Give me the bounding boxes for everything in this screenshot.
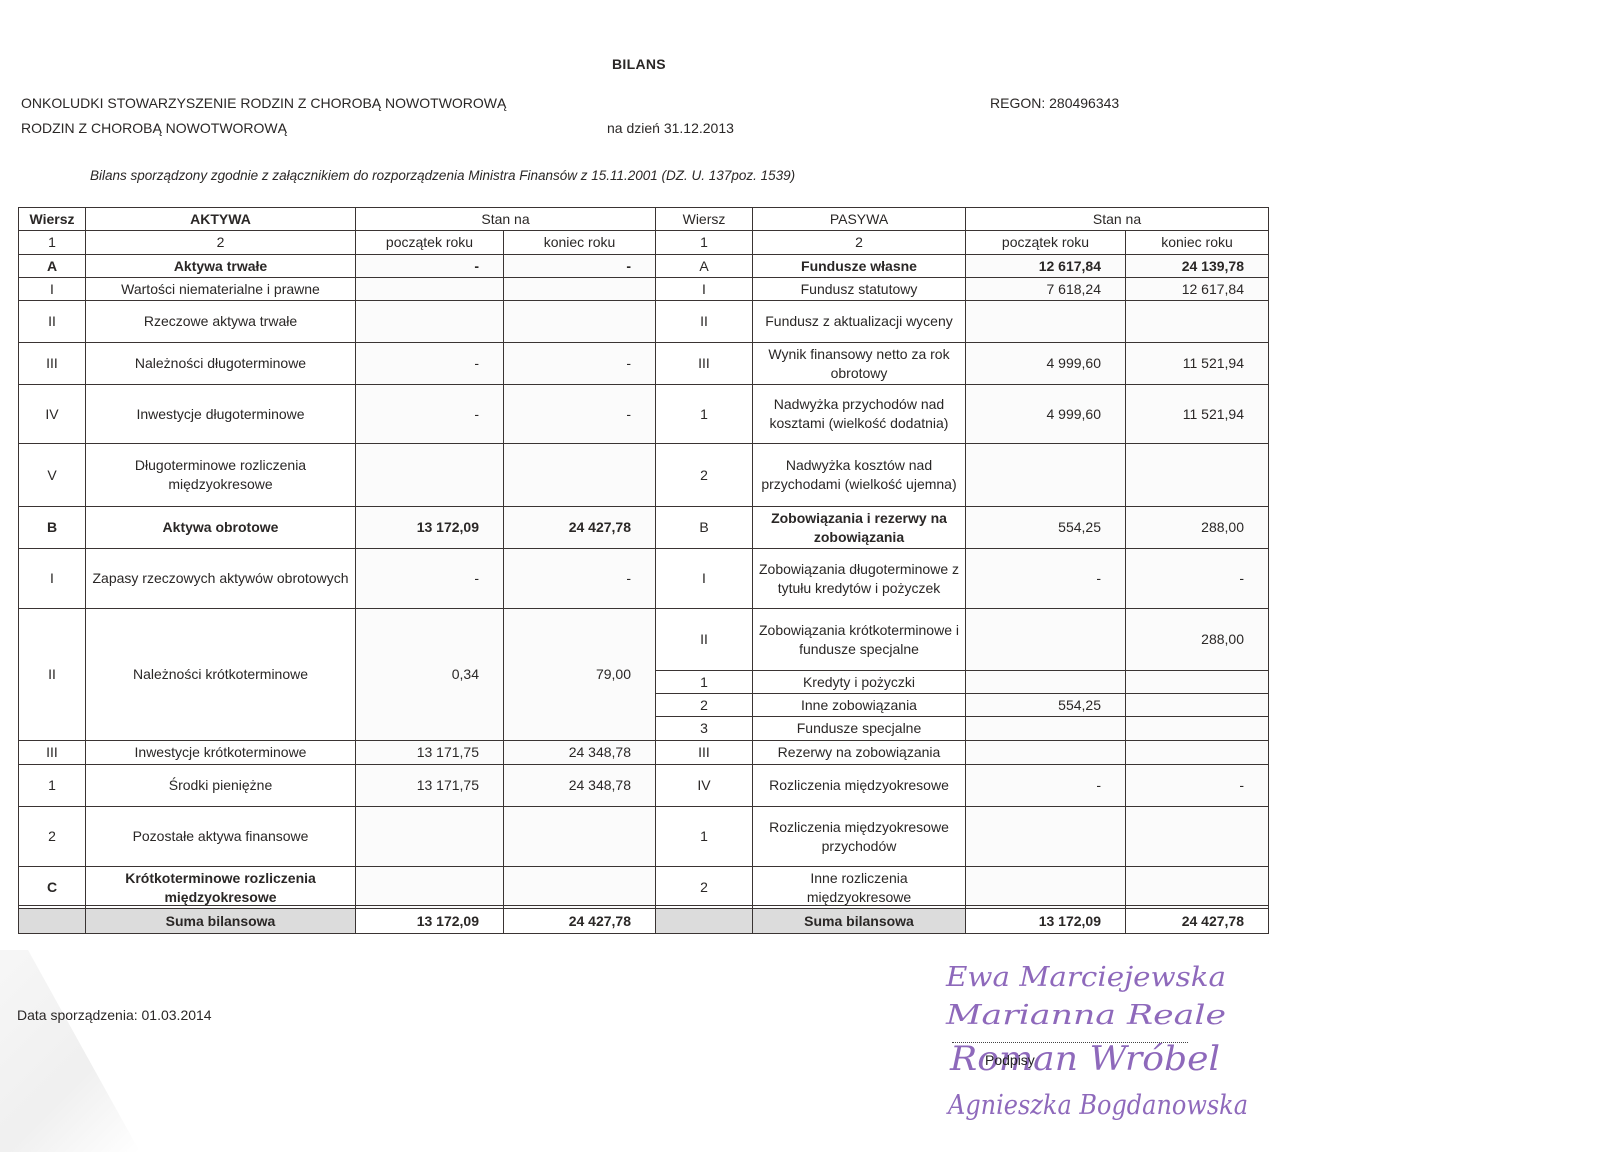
liability-end-value: 11 521,94 xyxy=(1125,384,1269,444)
header-row-number-right: Wiersz xyxy=(655,207,753,231)
liability-start-value: 554,25 xyxy=(965,506,1126,549)
organization-name-line1: ONKOLUDKI STOWARZYSZENIE RODZIN Z CHOROB… xyxy=(21,95,506,111)
asset-start-value xyxy=(355,300,504,343)
signature-line xyxy=(952,1042,1188,1043)
liability-row-code: II xyxy=(655,300,753,343)
asset-row-label: Inwestycje długoterminowe xyxy=(85,384,356,444)
header-col-1: 1 xyxy=(18,230,86,255)
liability-start-value xyxy=(965,866,1126,909)
asset-end-value xyxy=(503,300,656,343)
liability-row-code: 1 xyxy=(655,670,753,694)
asset-row-label: Krótkoterminowe rozliczenia międzyokreso… xyxy=(85,866,356,909)
asset-row-label: Rzeczowe aktywa trwałe xyxy=(85,300,356,343)
liability-row-label: Fundusze specjalne xyxy=(752,716,966,741)
preparation-date: Data sporządzenia: 01.03.2014 xyxy=(17,1007,212,1023)
header-end-of-year: koniec roku xyxy=(503,230,656,255)
liability-row-label: Inne zobowiązania xyxy=(752,693,966,717)
liability-row-label: Inne rozliczenia międzyokresowe xyxy=(752,866,966,909)
totals-assets-start: 13 172,09 xyxy=(355,908,504,934)
liability-start-value: - xyxy=(965,548,1126,609)
asset-start-value xyxy=(355,277,504,301)
signatures-label: Podpisy xyxy=(985,1052,1035,1068)
asset-row-code: IV xyxy=(18,384,86,444)
liability-row-label: Wynik finansowy netto za rok obrotowy xyxy=(752,342,966,385)
header-assets: AKTYWA xyxy=(85,207,356,231)
asset-start-value: - xyxy=(355,342,504,385)
liability-row-label: Rezerwy na zobowiązania xyxy=(752,740,966,765)
header-start-of-year: początek roku xyxy=(355,230,504,255)
liability-start-value xyxy=(965,670,1126,694)
liability-end-value xyxy=(1125,716,1269,741)
asset-end-value: - xyxy=(503,384,656,444)
asset-end-value xyxy=(503,277,656,301)
liability-start-value: 554,25 xyxy=(965,693,1126,717)
asset-row-label: Wartości niematerialne i prawne xyxy=(85,277,356,301)
asset-start-value xyxy=(355,443,504,507)
header-state-at: Stan na xyxy=(355,207,656,231)
asset-start-value: 13 171,75 xyxy=(355,740,504,765)
liability-row-label: Fundusz statutowy xyxy=(752,277,966,301)
asset-row-label: Pozostałe aktywa finansowe xyxy=(85,806,356,867)
liability-row-code: IV xyxy=(655,764,753,807)
asset-row-code: I xyxy=(18,548,86,609)
balance-date: na dzień 31.12.2013 xyxy=(607,120,734,136)
liability-start-value xyxy=(965,443,1126,507)
asset-row-label: Długoterminowe rozliczenia międzyokresow… xyxy=(85,443,356,507)
asset-row-code: I xyxy=(18,277,86,301)
liability-row-label: Kredyty i pożyczki xyxy=(752,670,966,694)
header-col-2-right: 2 xyxy=(752,230,966,255)
liability-row-label: Fundusze własne xyxy=(752,254,966,278)
asset-end-value: 24 427,78 xyxy=(503,506,656,549)
asset-end-value: - xyxy=(503,548,656,609)
header-start-of-year-right: początek roku xyxy=(965,230,1126,255)
liability-row-code: 1 xyxy=(655,806,753,867)
header-liabilities: PASYWA xyxy=(752,207,966,231)
liability-end-value xyxy=(1125,300,1269,343)
header-row-number: Wiersz xyxy=(18,207,86,231)
liability-start-value xyxy=(965,716,1126,741)
liability-row-code: I xyxy=(655,548,753,609)
asset-end-value: - xyxy=(503,342,656,385)
liability-end-value xyxy=(1125,806,1269,867)
liability-row-label: Nadwyżka kosztów nad przychodami (wielko… xyxy=(752,443,966,507)
asset-row-label: Aktywa trwałe xyxy=(85,254,356,278)
totals-row-code-empty-right xyxy=(655,908,753,934)
liability-row-label: Nadwyżka przychodów nad kosztami (wielko… xyxy=(752,384,966,444)
asset-end-value xyxy=(503,866,656,909)
asset-row-code: II xyxy=(18,608,86,741)
totals-double-rule xyxy=(18,905,1269,909)
document-title: BILANS xyxy=(612,56,666,72)
totals-label-right: Suma bilansowa xyxy=(752,908,966,934)
liability-start-value: 4 999,60 xyxy=(965,342,1126,385)
liability-row-code: III xyxy=(655,740,753,765)
liability-start-value: - xyxy=(965,764,1126,807)
asset-row-label: Środki pieniężne xyxy=(85,764,356,807)
asset-row-code: III xyxy=(18,342,86,385)
asset-row-code: C xyxy=(18,866,86,909)
liability-row-code: 2 xyxy=(655,443,753,507)
regon-number: REGON: 280496343 xyxy=(990,95,1119,111)
liability-end-value: - xyxy=(1125,764,1269,807)
asset-start-value xyxy=(355,806,504,867)
totals-liabilities-start: 13 172,09 xyxy=(965,908,1126,934)
asset-row-code: B xyxy=(18,506,86,549)
liability-row-code: 2 xyxy=(655,866,753,909)
liability-row-label: Zobowiązania długoterminowe z tytułu kre… xyxy=(752,548,966,609)
asset-start-value: - xyxy=(355,548,504,609)
handwritten-signatures: Ewa MarciejewskaMarianna RealeRoman Wrób… xyxy=(940,962,1270,1132)
liability-row-code: B xyxy=(655,506,753,549)
liability-start-value xyxy=(965,608,1126,671)
asset-end-value: 24 348,78 xyxy=(503,740,656,765)
liability-end-value xyxy=(1125,670,1269,694)
asset-row-code: V xyxy=(18,443,86,507)
liability-row-code: I xyxy=(655,277,753,301)
asset-end-value xyxy=(503,443,656,507)
liability-end-value: 12 617,84 xyxy=(1125,277,1269,301)
asset-row-label: Należności długoterminowe xyxy=(85,342,356,385)
totals-liabilities-end: 24 427,78 xyxy=(1125,908,1269,934)
header-end-of-year-right: koniec roku xyxy=(1125,230,1269,255)
liability-start-value xyxy=(965,300,1126,343)
signature: Ewa Marciejewska xyxy=(945,962,1226,993)
header-state-at-right: Stan na xyxy=(965,207,1269,231)
asset-start-value: - xyxy=(355,384,504,444)
liability-row-code: 3 xyxy=(655,716,753,741)
asset-row-code: 2 xyxy=(18,806,86,867)
legal-basis-note: Bilans sporządzony zgodnie z załącznikie… xyxy=(90,168,795,183)
asset-end-value: 79,00 xyxy=(503,608,656,741)
asset-row-code: 1 xyxy=(18,764,86,807)
signature: Marianna Reale xyxy=(945,1000,1226,1031)
liability-row-label: Fundusz z aktualizacji wyceny xyxy=(752,300,966,343)
liability-row-code: 2 xyxy=(655,693,753,717)
totals-row-code-empty xyxy=(18,908,86,934)
liability-row-label: Zobowiązania i rezerwy na zobowiązania xyxy=(752,506,966,549)
asset-row-label: Aktywa obrotowe xyxy=(85,506,356,549)
liability-end-value xyxy=(1125,740,1269,765)
asset-row-label: Inwestycje krótkoterminowe xyxy=(85,740,356,765)
signature: Agnieszka Bogdanowska xyxy=(945,1090,1248,1121)
liability-row-code: III xyxy=(655,342,753,385)
paper-fold-shadow xyxy=(0,950,140,1152)
liability-row-label: Rozliczenia międzyokresowe xyxy=(752,764,966,807)
liability-row-code: 1 xyxy=(655,384,753,444)
liability-row-code: II xyxy=(655,608,753,671)
asset-row-label: Zapasy rzeczowych aktywów obrotowych xyxy=(85,548,356,609)
liability-row-label: Zobowiązania krótkoterminowe i fundusze … xyxy=(752,608,966,671)
asset-start-value: - xyxy=(355,254,504,278)
liability-start-value: 7 618,24 xyxy=(965,277,1126,301)
liability-end-value: 288,00 xyxy=(1125,608,1269,671)
asset-start-value: 0,34 xyxy=(355,608,504,741)
asset-row-code: A xyxy=(18,254,86,278)
liability-end-value: - xyxy=(1125,548,1269,609)
asset-start-value xyxy=(355,866,504,909)
asset-start-value: 13 171,75 xyxy=(355,764,504,807)
liability-row-code: A xyxy=(655,254,753,278)
organization-name-line2: RODZIN Z CHOROBĄ NOWOTWOROWĄ xyxy=(21,120,287,136)
liability-end-value xyxy=(1125,443,1269,507)
header-col-1-right: 1 xyxy=(655,230,753,255)
asset-row-code: II xyxy=(18,300,86,343)
asset-end-value: 24 348,78 xyxy=(503,764,656,807)
totals-assets-end: 24 427,78 xyxy=(503,908,656,934)
liability-end-value xyxy=(1125,693,1269,717)
asset-row-code: III xyxy=(18,740,86,765)
liability-start-value: 12 617,84 xyxy=(965,254,1126,278)
asset-start-value: 13 172,09 xyxy=(355,506,504,549)
liability-end-value: 11 521,94 xyxy=(1125,342,1269,385)
liability-row-label: Rozliczenia międzyokresowe przychodów xyxy=(752,806,966,867)
liability-end-value xyxy=(1125,866,1269,909)
header-col-2: 2 xyxy=(85,230,356,255)
totals-label: Suma bilansowa xyxy=(85,908,356,934)
asset-row-label: Należności krótkoterminowe xyxy=(85,608,356,741)
liability-start-value: 4 999,60 xyxy=(965,384,1126,444)
asset-end-value xyxy=(503,806,656,867)
liability-start-value xyxy=(965,740,1126,765)
liability-end-value: 24 139,78 xyxy=(1125,254,1269,278)
liability-end-value: 288,00 xyxy=(1125,506,1269,549)
asset-end-value: - xyxy=(503,254,656,278)
liability-start-value xyxy=(965,806,1126,867)
